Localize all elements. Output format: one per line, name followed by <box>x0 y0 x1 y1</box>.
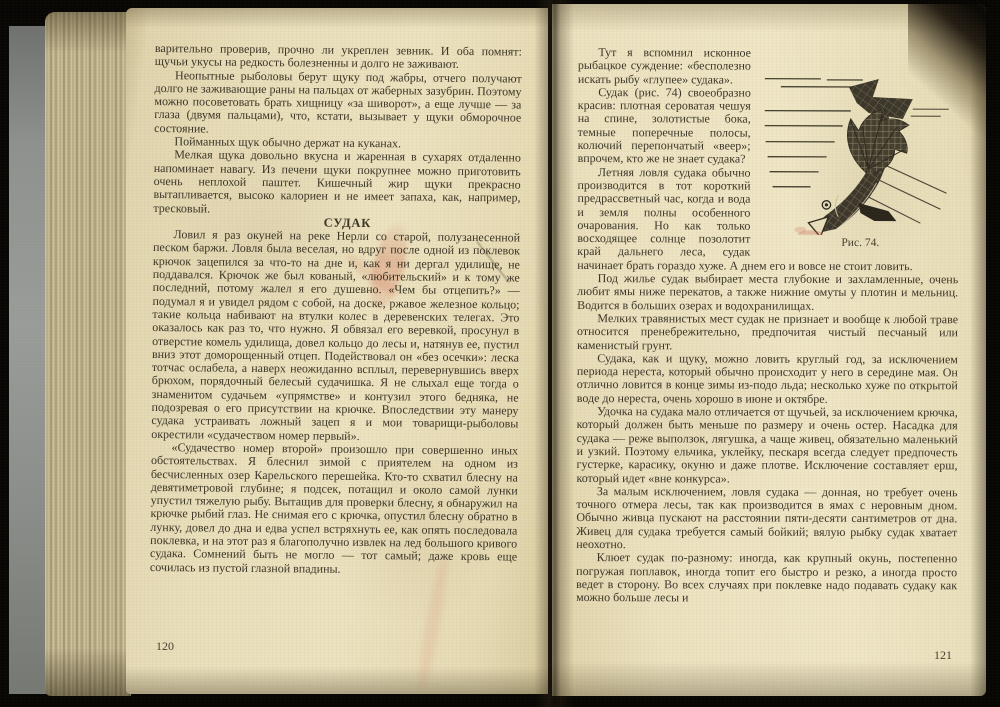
paragraph: Удочка на судака мало отличается от щучь… <box>576 405 957 486</box>
spine-shadow <box>534 0 574 707</box>
paragraph: Ловил я раз окуней на реке Нерли со стар… <box>151 228 520 444</box>
page-edge-stack <box>45 12 131 696</box>
right-page-text: Рис. 74. Тут я вспомнил исконное рыбацко… <box>576 46 959 606</box>
page-number: 121 <box>934 648 952 663</box>
paragraph: Неопытные рыболовы берут щуку под жабры,… <box>154 69 522 139</box>
paragraph: Судака, как и щуку, можно ловить круглый… <box>577 352 958 407</box>
pectoral-fin <box>858 203 896 221</box>
page-curl <box>908 4 986 174</box>
paragraph: Мелкая щука довольно вкусна и жаренная в… <box>153 148 521 218</box>
scanner-background <box>9 26 47 694</box>
paragraph: За малым исключением, ловля судака — дон… <box>576 485 957 553</box>
paragraph: Клюет судак по-разному: иногда, как круп… <box>576 551 957 606</box>
left-page: варительно проверив, прочно ли укреплен … <box>126 8 548 694</box>
left-page-text: варительно проверив, прочно ли укреплен … <box>150 42 522 577</box>
right-page: Рис. 74. Тут я вспомнил исконное рыбацко… <box>552 4 986 696</box>
figure-caption: Рис. 74. <box>762 237 958 251</box>
paragraph: Мелких травянистых мест судак не признае… <box>577 312 958 353</box>
page-number: 120 <box>156 639 174 654</box>
paragraph: Под жилье судак выбирает места глубокие … <box>577 272 958 313</box>
paragraph: «Судачество номер второй» произошло при … <box>150 441 518 577</box>
